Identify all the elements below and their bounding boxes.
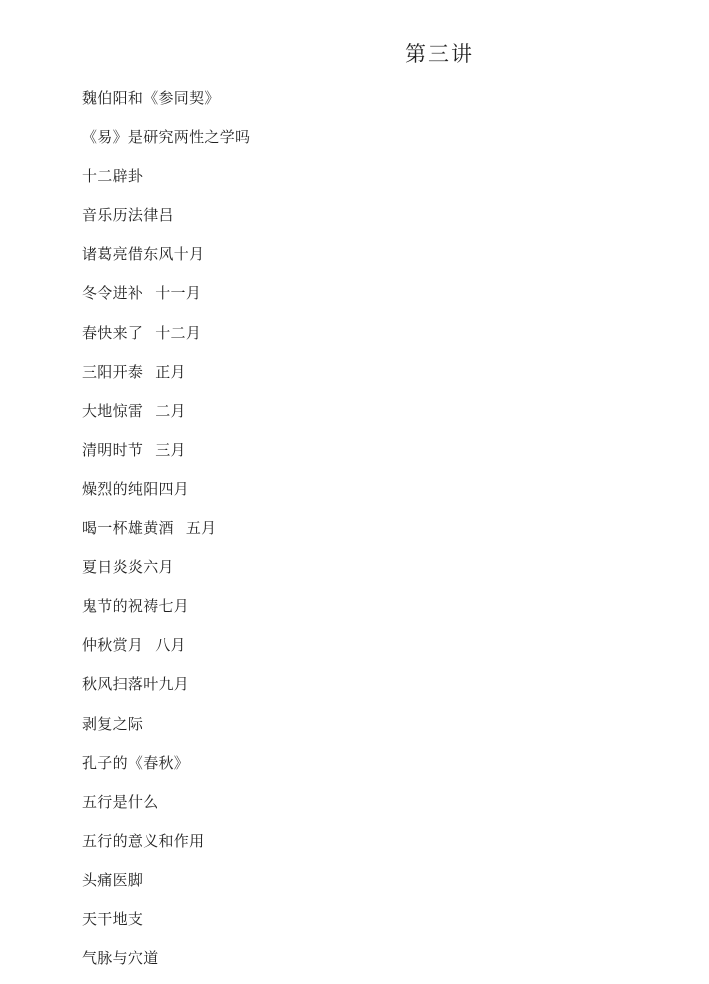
toc-item: 魏伯阳和《参同契》 xyxy=(82,92,709,107)
toc-item: 秋风扫落叶九月 xyxy=(82,678,709,693)
toc-item: 天干地支 xyxy=(82,913,709,928)
toc-item: 清明时节 三月 xyxy=(82,444,709,459)
toc-item: 春快来了 十二月 xyxy=(82,327,709,342)
toc-item: 冬令进补 十一月 xyxy=(82,287,709,302)
toc-item: 诸葛亮借东风十月 xyxy=(82,248,709,263)
toc-item: 剥复之际 xyxy=(82,718,709,733)
page-title: 第三讲 xyxy=(85,0,709,65)
toc-item: 《易》是研究两性之学吗 xyxy=(82,131,709,146)
toc-item: 气脉与穴道 xyxy=(82,952,709,967)
toc-item: 十二辟卦 xyxy=(82,170,709,185)
document-page: 第三讲 魏伯阳和《参同契》《易》是研究两性之学吗十二辟卦音乐历法律吕诸葛亮借东风… xyxy=(0,0,709,984)
toc-item: 大地惊雷 二月 xyxy=(82,405,709,420)
toc-item: 孔子的《春秋》 xyxy=(82,757,709,772)
toc-item: 鬼节的祝祷七月 xyxy=(82,600,709,615)
toc-item: 喝一杯雄黄酒 五月 xyxy=(82,522,709,537)
toc-item: 五行的意义和作用 xyxy=(82,835,709,850)
toc-list: 魏伯阳和《参同契》《易》是研究两性之学吗十二辟卦音乐历法律吕诸葛亮借东风十月冬令… xyxy=(82,92,709,967)
toc-item: 五行是什么 xyxy=(82,796,709,811)
toc-item: 燥烈的纯阳四月 xyxy=(82,483,709,498)
toc-item: 仲秋赏月 八月 xyxy=(82,639,709,654)
toc-item: 夏日炎炎六月 xyxy=(82,561,709,576)
toc-item: 音乐历法律吕 xyxy=(82,209,709,224)
toc-item: 头痛医脚 xyxy=(82,874,709,889)
toc-item: 三阳开泰 正月 xyxy=(82,366,709,381)
